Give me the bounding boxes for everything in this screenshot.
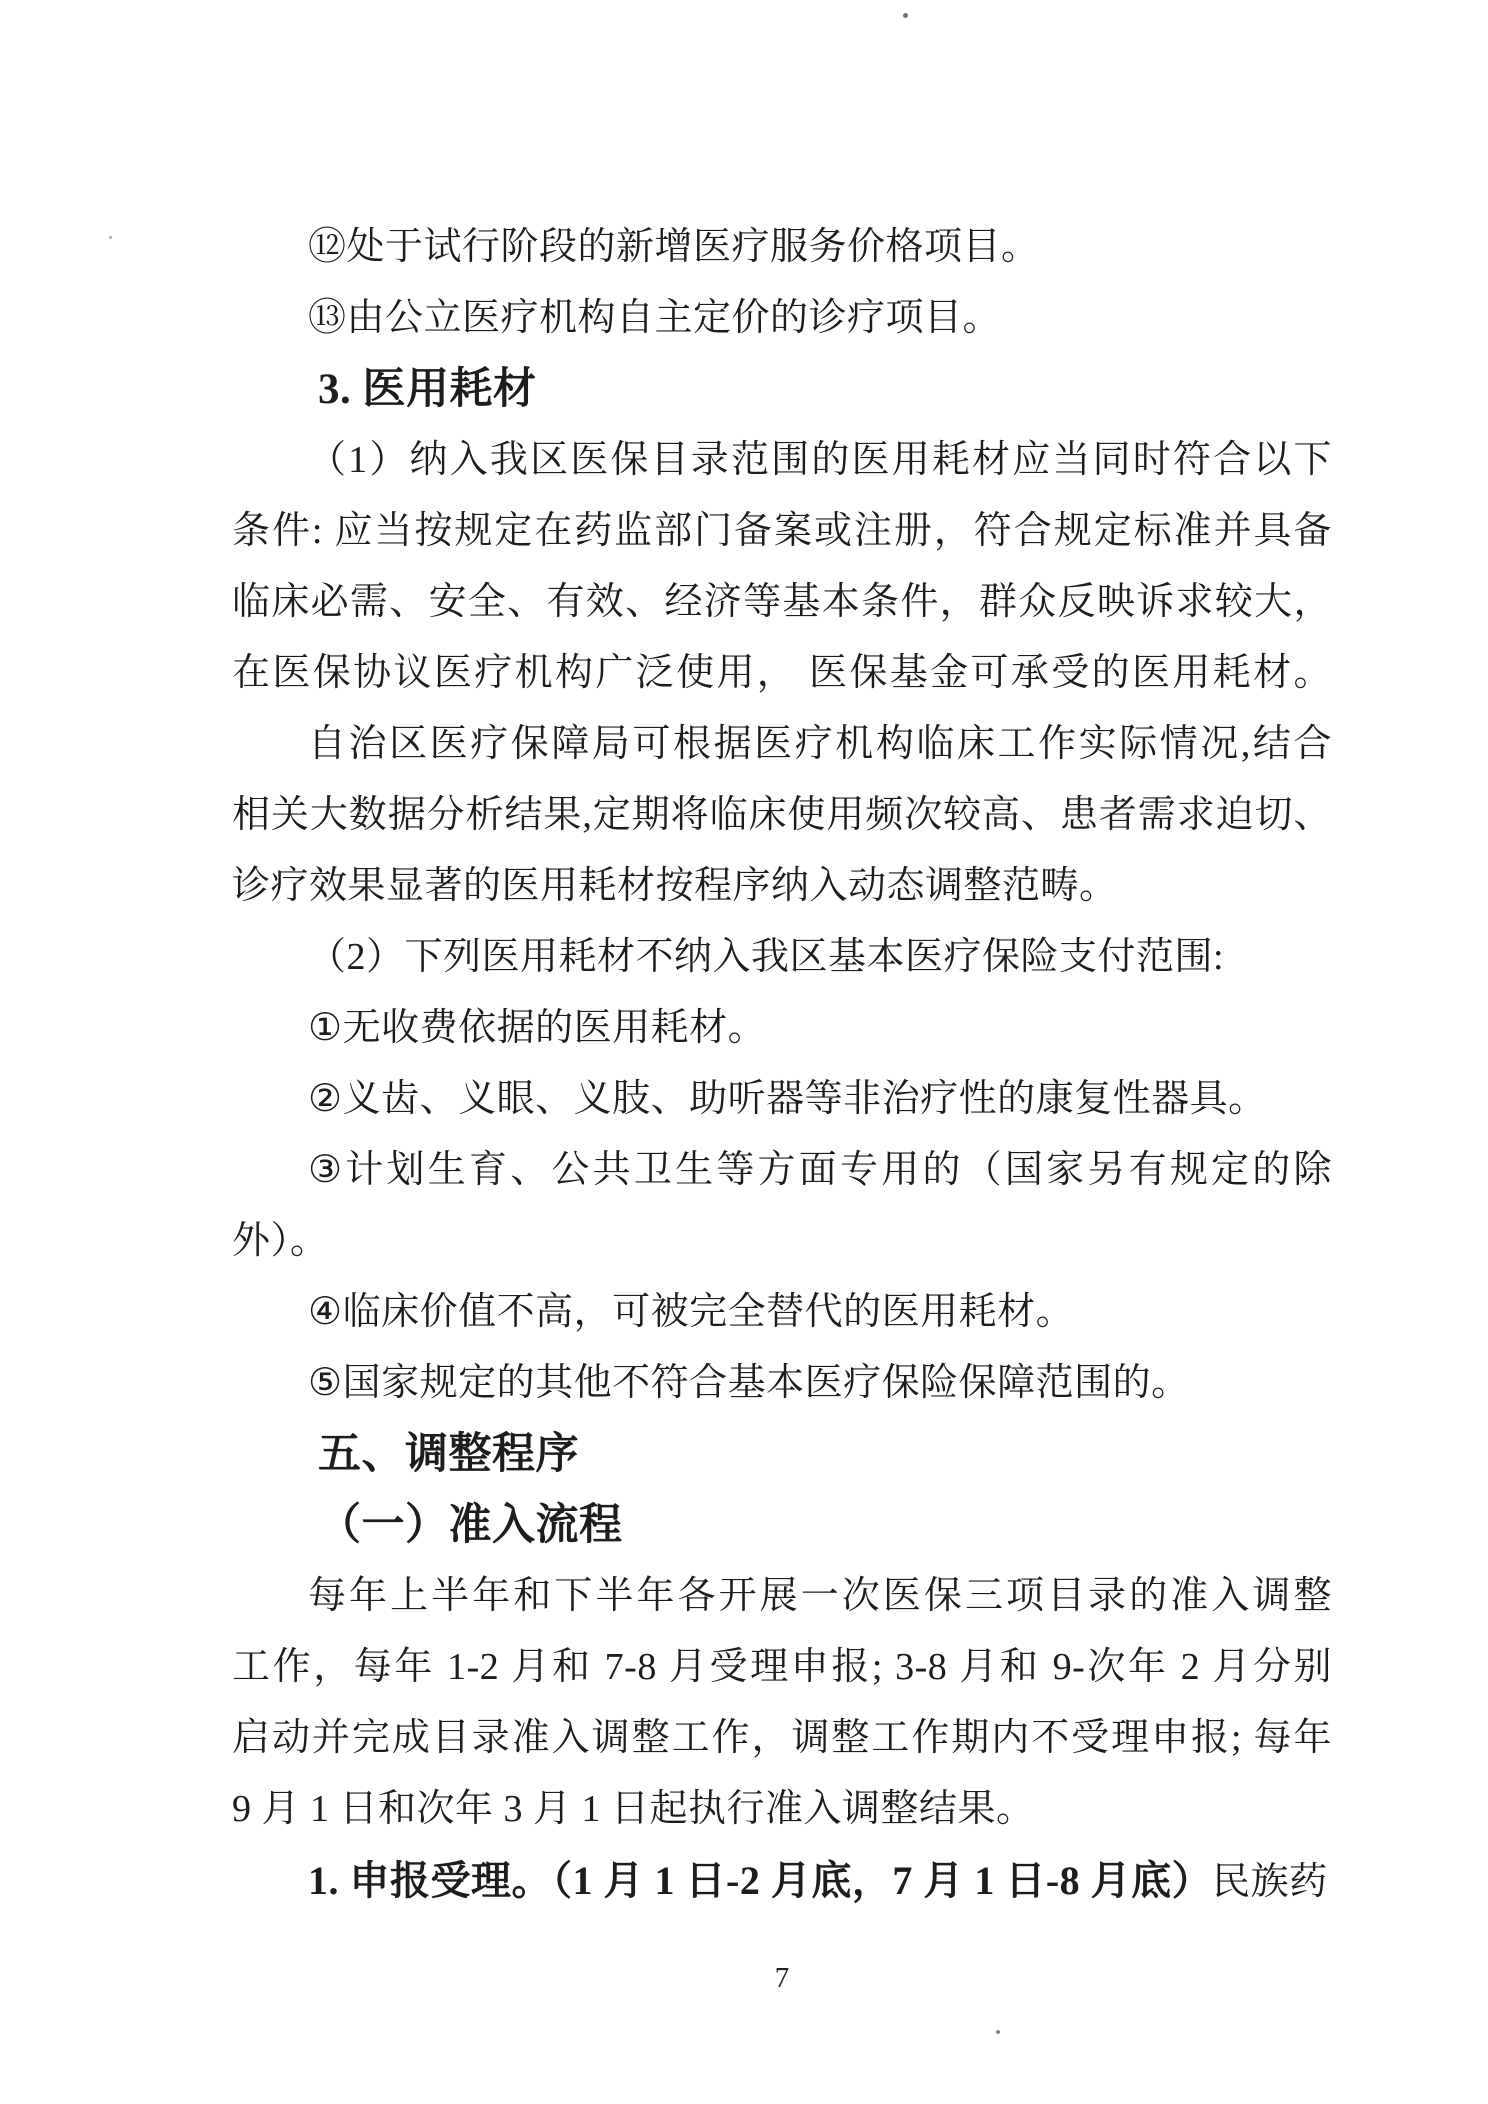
document-line: ①无收费依据的医用耗材。 (232, 993, 1332, 1064)
document-line: ③计划生育、公共卫生等方面专用的（国家另有规定的除 (232, 1135, 1332, 1206)
document-line: 外）。 (232, 1206, 1332, 1277)
document-body: ⑫处于试行阶段的新增医疗服务价格项目。 ⑬由公立医疗机构自主定价的诊疗项目。 3… (232, 212, 1332, 1916)
document-line: （2）下列医用耗材不纳入我区基本医疗保险支付范围: (232, 922, 1332, 993)
section-heading: （一）准入流程 (232, 1490, 1332, 1561)
page-number: 7 (232, 1948, 1332, 2008)
scan-speck (996, 2030, 1000, 2034)
document-line: ⑬由公立医疗机构自主定价的诊疗项目。 (232, 283, 1332, 354)
document-line: ⑤国家规定的其他不符合基本医疗保险保障范围的。 (232, 1348, 1332, 1419)
document-line: 在医保协议医疗机构广泛使用， 医保基金可承受的医用耗材。 (232, 638, 1332, 709)
document-page: ⑫处于试行阶段的新增医疗服务价格项目。 ⑬由公立医疗机构自主定价的诊疗项目。 3… (0, 0, 1488, 2104)
document-line-continuation: 民族药 (1212, 1861, 1328, 1903)
document-line: 每年上半年和下半年各开展一次医保三项目录的准入调整 (232, 1561, 1332, 1632)
document-line: （1）纳入我区医保目录范围的医用耗材应当同时符合以下 (232, 425, 1332, 496)
document-line: 条件: 应当按规定在药监部门备案或注册，符合规定标准并具备 (232, 496, 1332, 567)
scan-speck (903, 13, 908, 18)
document-line: 临床必需、安全、有效、经济等基本条件，群众反映诉求较大， (232, 567, 1332, 638)
section-heading: 五、调整程序 (232, 1419, 1332, 1490)
scan-speck (109, 236, 112, 239)
subsection-heading: 1. 申报受理。（1 月 1 日-2 月底，7 月 1 日-8 月底） (308, 1858, 1212, 1903)
document-line: ④临床价值不高，可被完全替代的医用耗材。 (232, 1277, 1332, 1348)
document-line: 1. 申报受理。（1 月 1 日-2 月底，7 月 1 日-8 月底）民族药 (232, 1845, 1332, 1916)
document-line: 启动并完成目录准入调整工作，调整工作期内不受理申报; 每年 (232, 1703, 1332, 1774)
document-line: 诊疗效果显著的医用耗材按程序纳入动态调整范畴。 (232, 851, 1332, 922)
document-line: ②义齿、义眼、义肢、助听器等非治疗性的康复性器具。 (232, 1064, 1332, 1135)
document-line: 自治区医疗保障局可根据医疗机构临床工作实际情况,结合 (232, 709, 1332, 780)
document-line: 相关大数据分析结果,定期将临床使用频次较高、患者需求迫切、 (232, 780, 1332, 851)
document-line: ⑫处于试行阶段的新增医疗服务价格项目。 (232, 212, 1332, 283)
document-line: 9 月 1 日和次年 3 月 1 日起执行准入调整结果。 (232, 1774, 1332, 1845)
document-line: 工作，每年 1-2 月和 7-8 月受理申报; 3-8 月和 9-次年 2 月分… (232, 1632, 1332, 1703)
section-heading: 3. 医用耗材 (232, 354, 1332, 425)
